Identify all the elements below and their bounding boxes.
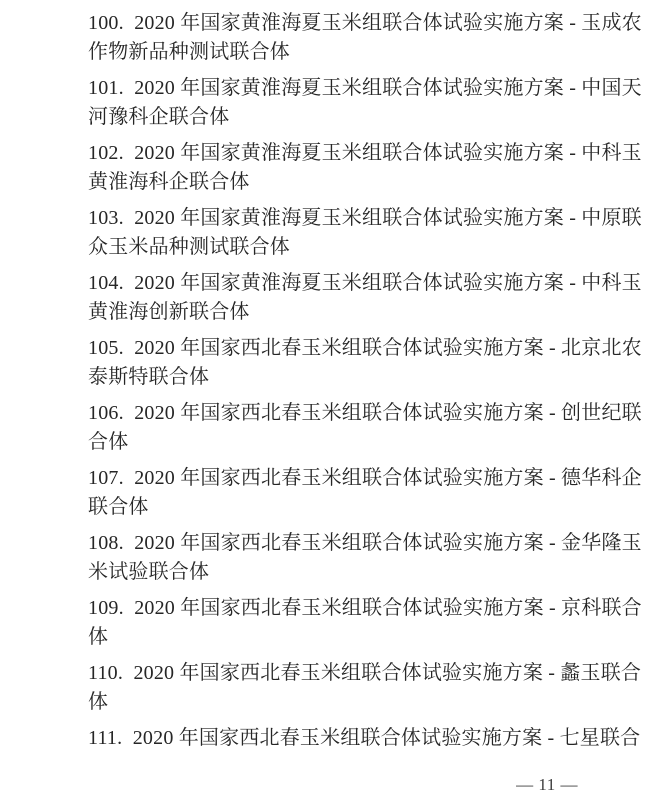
list-item: 102. 2020 年国家黄淮海夏玉米组联合体试验实施方案 - 中科玉黄淮海科企… <box>88 139 593 197</box>
text-line: 103. 2020 年国家黄淮海夏玉米组联合体试验实施方案 - 中原联 <box>88 204 593 233</box>
list-item: 106. 2020 年国家西北春玉米组联合体试验实施方案 - 创世纪联合体 <box>88 399 593 457</box>
list-item: 109. 2020 年国家西北春玉米组联合体试验实施方案 - 京科联合体 <box>88 594 593 652</box>
list-item: 103. 2020 年国家黄淮海夏玉米组联合体试验实施方案 - 中原联众玉米品种… <box>88 204 593 262</box>
text-line: 合体 <box>88 428 593 457</box>
list-item: 101. 2020 年国家黄淮海夏玉米组联合体试验实施方案 - 中国天河豫科企联… <box>88 74 593 132</box>
list-item: 111. 2020 年国家西北春玉米组联合体试验实施方案 - 七星联合 <box>88 724 593 753</box>
text-line: 众玉米品种测试联合体 <box>88 233 593 262</box>
text-line: 体 <box>88 623 593 652</box>
text-line: 108. 2020 年国家西北春玉米组联合体试验实施方案 - 金华隆玉 <box>88 529 593 558</box>
text-line: 作物新品种测试联合体 <box>88 38 593 67</box>
text-line: 黄淮海科企联合体 <box>88 168 593 197</box>
text-line: 106. 2020 年国家西北春玉米组联合体试验实施方案 - 创世纪联 <box>88 399 593 428</box>
text-line: 体 <box>88 688 593 717</box>
list-item: 107. 2020 年国家西北春玉米组联合体试验实施方案 - 德华科企联合体 <box>88 464 593 522</box>
text-line: 黄淮海创新联合体 <box>88 298 593 327</box>
list-item: 108. 2020 年国家西北春玉米组联合体试验实施方案 - 金华隆玉米试验联合… <box>88 529 593 587</box>
text-line: 101. 2020 年国家黄淮海夏玉米组联合体试验实施方案 - 中国天 <box>88 74 593 103</box>
text-line: 107. 2020 年国家西北春玉米组联合体试验实施方案 - 德华科企 <box>88 464 593 493</box>
text-line: 111. 2020 年国家西北春玉米组联合体试验实施方案 - 七星联合 <box>88 724 593 753</box>
text-line: 100. 2020 年国家黄淮海夏玉米组联合体试验实施方案 - 玉成农 <box>88 9 593 38</box>
list-item: 100. 2020 年国家黄淮海夏玉米组联合体试验实施方案 - 玉成农作物新品种… <box>88 9 593 67</box>
text-line: 河豫科企联合体 <box>88 103 593 132</box>
text-line: 104. 2020 年国家黄淮海夏玉米组联合体试验实施方案 - 中科玉 <box>88 269 593 298</box>
text-line: 泰斯特联合体 <box>88 363 593 392</box>
numbered-list: 100. 2020 年国家黄淮海夏玉米组联合体试验实施方案 - 玉成农作物新品种… <box>88 9 593 760</box>
text-line: 110. 2020 年国家西北春玉米组联合体试验实施方案 - 蠡玉联合 <box>88 659 593 688</box>
text-line: 109. 2020 年国家西北春玉米组联合体试验实施方案 - 京科联合 <box>88 594 593 623</box>
text-line: 联合体 <box>88 493 593 522</box>
text-line: 105. 2020 年国家西北春玉米组联合体试验实施方案 - 北京北农 <box>88 334 593 363</box>
list-item: 105. 2020 年国家西北春玉米组联合体试验实施方案 - 北京北农泰斯特联合… <box>88 334 593 392</box>
page-number: — 11 — <box>516 775 578 795</box>
list-item: 110. 2020 年国家西北春玉米组联合体试验实施方案 - 蠡玉联合体 <box>88 659 593 717</box>
list-item: 104. 2020 年国家黄淮海夏玉米组联合体试验实施方案 - 中科玉黄淮海创新… <box>88 269 593 327</box>
text-line: 102. 2020 年国家黄淮海夏玉米组联合体试验实施方案 - 中科玉 <box>88 139 593 168</box>
document-page: 100. 2020 年国家黄淮海夏玉米组联合体试验实施方案 - 玉成农作物新品种… <box>0 0 650 805</box>
text-line: 米试验联合体 <box>88 558 593 587</box>
